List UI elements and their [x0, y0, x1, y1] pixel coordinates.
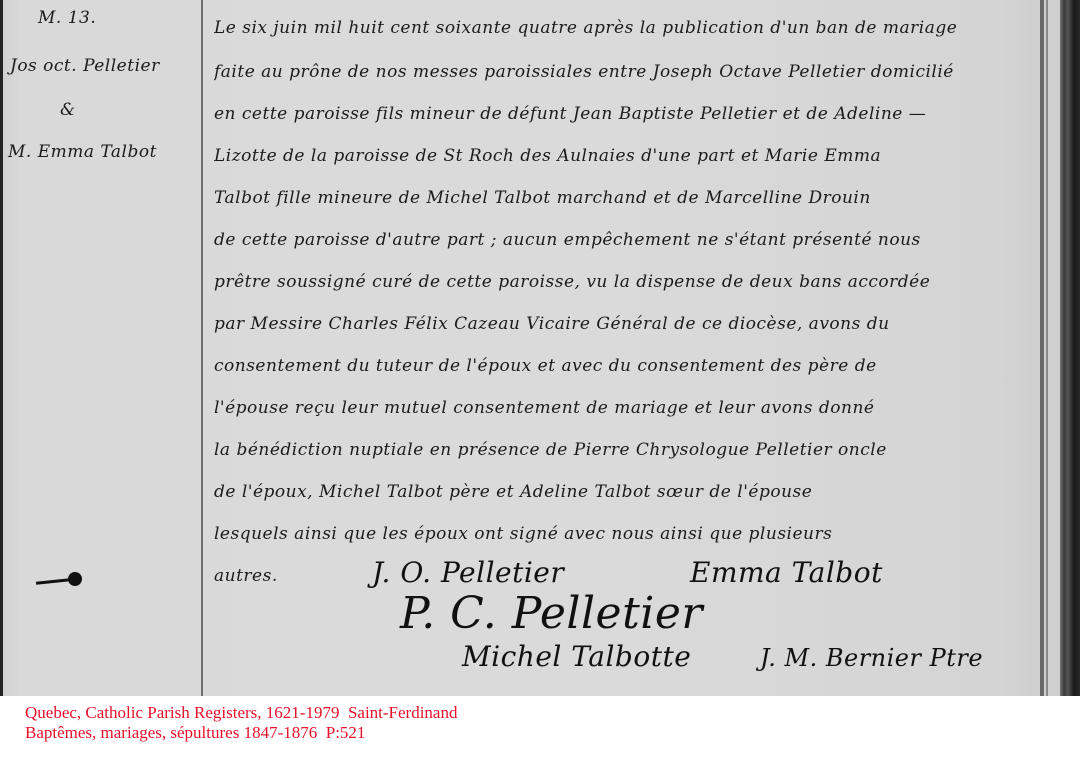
ink-blot: [68, 572, 82, 586]
record-line: en cette paroisse fils mineur de défunt …: [214, 104, 1024, 124]
record-line: par Messire Charles Félix Cazeau Vicaire…: [214, 314, 1024, 334]
record-line: consentement du tuteur de l'époux et ave…: [214, 356, 1024, 376]
signature-groom: J. O. Pelletier: [372, 556, 564, 589]
record-line: faite au prône de nos messes paroissiale…: [214, 62, 1024, 82]
ink-blot-tail: [36, 578, 70, 585]
margin-bride-name: M. Emma Talbot: [8, 142, 157, 162]
signature-witness-father: Michel Talbotte: [462, 640, 691, 673]
record-line: de l'époux, Michel Talbot père et Adelin…: [214, 482, 1024, 502]
book-binding-edge: [1060, 0, 1080, 696]
entry-number: M. 13.: [38, 8, 96, 28]
margin-conjunction: &: [60, 100, 76, 120]
record-line: prêtre soussigné curé de cette paroisse,…: [214, 272, 1024, 292]
signature-priest: J. M. Bernier Ptre: [760, 644, 983, 672]
record-line: de cette paroisse d'autre part ; aucun e…: [214, 230, 1024, 250]
caption-line-collection: Quebec, Catholic Parish Registers, 1621-…: [25, 703, 457, 723]
margin-groom-name: Jos oct. Pelletier: [10, 56, 160, 76]
record-line: Le six juin mil huit cent soixante quatr…: [214, 18, 1024, 38]
caption-line-register: Baptêmes, mariages, sépultures 1847-1876…: [25, 723, 457, 743]
record-line: lesquels ainsi que les époux ont signé a…: [214, 524, 1024, 544]
source-caption: Quebec, Catholic Parish Registers, 1621-…: [25, 703, 457, 743]
record-line: autres.: [214, 566, 1024, 586]
record-line: Talbot fille mineure de Michel Talbot ma…: [214, 188, 1024, 208]
margin-rule: [201, 0, 203, 696]
record-line: Lizotte de la paroisse de St Roch des Au…: [214, 146, 1024, 166]
right-margin-rule-inner: [1046, 0, 1048, 696]
record-line: la bénédiction nuptiale en présence de P…: [214, 440, 1024, 460]
page-left-edge: [0, 0, 3, 696]
register-scan: M. 13. Jos oct. Pelletier & M. Emma Talb…: [0, 0, 1080, 696]
signature-bride: Emma Talbot: [690, 556, 883, 589]
signature-witness-uncle: P. C. Pelletier: [400, 588, 703, 639]
record-line: l'épouse reçu leur mutuel consentement d…: [214, 398, 1024, 418]
right-margin-rule: [1040, 0, 1044, 696]
